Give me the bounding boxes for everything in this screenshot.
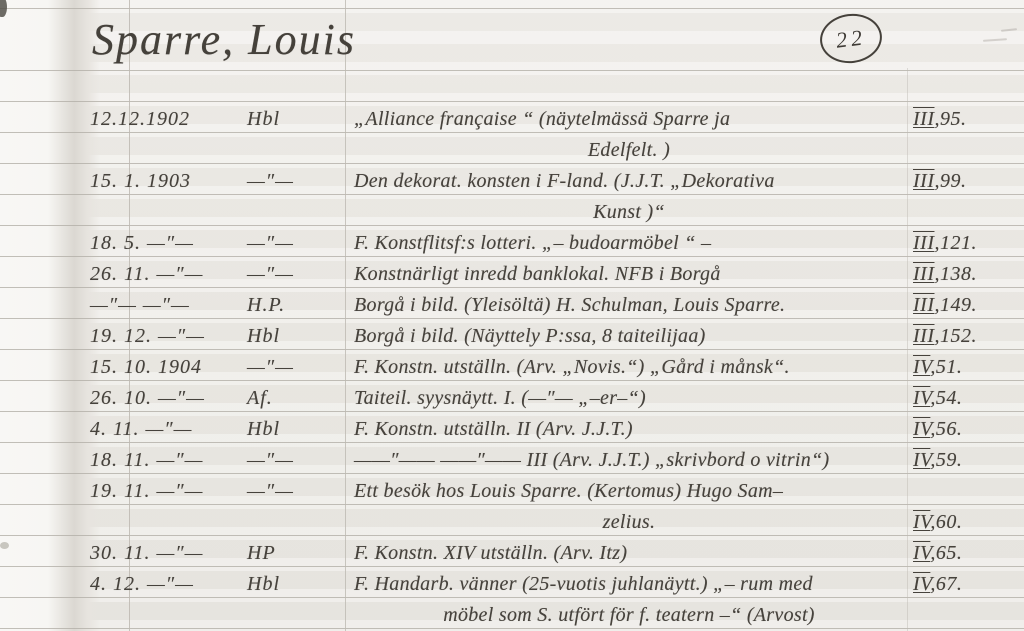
source-cell: —″— bbox=[247, 478, 343, 505]
scanned-index-card: Sparre, Louis 22 12.12.1902Hbl„Alliance … bbox=[0, 0, 1024, 631]
source-cell: —″— bbox=[247, 168, 343, 195]
date-cell: 15. 1. 1903 bbox=[90, 168, 242, 195]
source-cell: Hbl bbox=[247, 106, 343, 133]
description-text: Den dekorat. konsten i F-land. (J.J.T. „… bbox=[354, 168, 904, 195]
reference-number: III,149. bbox=[913, 292, 1021, 319]
entry-line: möbel som S. utfört för f. teatern –“ (A… bbox=[0, 602, 1024, 629]
description-text: F. Konstn. utställn. (Arv. „Novis.“) „Gå… bbox=[354, 354, 904, 381]
reference-number: IV,65. bbox=[913, 540, 1021, 567]
description-text: Konstnärligt inredd banklokal. NFB i Bor… bbox=[354, 261, 904, 288]
entry-line: 19. 11. —″——″—Ett besök hos Louis Sparre… bbox=[0, 478, 1024, 505]
reference-roman-numeral: III bbox=[913, 294, 934, 316]
source-cell: Hbl bbox=[247, 571, 343, 598]
reference-number: III,95. bbox=[913, 106, 1021, 133]
entry-line: 30. 11. —″—HPF. Konstn. XIV utställn. (A… bbox=[0, 540, 1024, 567]
source-cell: H.P. bbox=[247, 292, 343, 319]
reference-roman-numeral: III bbox=[913, 232, 934, 254]
date-cell: 19. 11. —″— bbox=[90, 478, 242, 505]
description-text: Borgå i bild. (Näyttely P:ssa, 8 taiteil… bbox=[354, 323, 904, 350]
date-cell: 26. 11. —″— bbox=[90, 261, 242, 288]
date-cell: 4. 11. —″— bbox=[90, 416, 242, 443]
date-cell: 26. 10. —″— bbox=[90, 385, 242, 412]
page-title: Sparre, Louis bbox=[92, 14, 356, 65]
pencil-smudge bbox=[983, 38, 1007, 42]
date-cell: 18. 11. —″— bbox=[90, 447, 242, 474]
source-cell: Af. bbox=[247, 385, 343, 412]
date-cell: 30. 11. —″— bbox=[90, 540, 242, 567]
entry-line: 18. 5. —″——″—F. Konstflitsf:s lotteri. „… bbox=[0, 230, 1024, 257]
source-cell: Hbl bbox=[247, 323, 343, 350]
reference-roman-numeral: IV bbox=[913, 387, 930, 409]
source-cell: —″— bbox=[247, 230, 343, 257]
date-cell: 12.12.1902 bbox=[90, 106, 242, 133]
entry-line: Edelfelt. ) bbox=[0, 137, 1024, 164]
entry-line: 19. 12. —″—HblBorgå i bild. (Näyttely P:… bbox=[0, 323, 1024, 350]
description-text: Taiteil. syysnäytt. I. (—″— „–er–“) bbox=[354, 385, 904, 412]
reference-number: IV,56. bbox=[913, 416, 1021, 443]
reference-roman-numeral: III bbox=[913, 325, 934, 347]
entry-line: zelius.IV,60. bbox=[0, 509, 1024, 536]
entry-line: 26. 11. —″——″—Konstnärligt inredd banklo… bbox=[0, 261, 1024, 288]
description-text: F. Konstflitsf:s lotteri. „– budoarmöbel… bbox=[354, 230, 904, 257]
source-cell: HP bbox=[247, 540, 343, 567]
reference-number: III,138. bbox=[913, 261, 1021, 288]
entry-line: 15. 1. 1903—″—Den dekorat. konsten i F-l… bbox=[0, 168, 1024, 195]
ruled-line bbox=[0, 8, 1024, 9]
entry-line: 15. 10. 1904—″—F. Konstn. utställn. (Arv… bbox=[0, 354, 1024, 381]
reference-roman-numeral: IV bbox=[913, 511, 930, 533]
reference-number: III,152. bbox=[913, 323, 1021, 350]
entry-line: 18. 11. —″——″———″—— ——″—— III (Arv. J.J.… bbox=[0, 447, 1024, 474]
reference-roman-numeral: III bbox=[913, 170, 934, 192]
reference-roman-numeral: IV bbox=[913, 573, 930, 595]
description-text: Kunst )“ bbox=[354, 199, 904, 226]
reference-number: IV,67. bbox=[913, 571, 1021, 598]
date-cell: 19. 12. —″— bbox=[90, 323, 242, 350]
page-number: 22 bbox=[835, 24, 868, 53]
date-cell: 15. 10. 1904 bbox=[90, 354, 242, 381]
description-text: F. Konstn. utställn. II (Arv. J.J.T.) bbox=[354, 416, 904, 443]
source-cell: —″— bbox=[247, 354, 343, 381]
reference-roman-numeral: IV bbox=[913, 542, 930, 564]
date-cell: —″— —″— bbox=[90, 292, 242, 319]
source-cell: Hbl bbox=[247, 416, 343, 443]
reference-roman-numeral: IV bbox=[913, 418, 930, 440]
entry-line: 12.12.1902Hbl„Alliance française “ (näyt… bbox=[0, 106, 1024, 133]
description-text: F. Konstn. XIV utställn. (Arv. Itz) bbox=[354, 540, 904, 567]
ruled-line bbox=[0, 101, 1024, 102]
reference-roman-numeral: IV bbox=[913, 449, 930, 471]
reference-number: IV,51. bbox=[913, 354, 1021, 381]
reference-number: IV,54. bbox=[913, 385, 1021, 412]
pencil-smudge bbox=[1001, 28, 1017, 32]
source-cell: —″— bbox=[247, 261, 343, 288]
description-text: zelius. bbox=[354, 509, 904, 536]
date-cell: 4. 12. —″— bbox=[90, 571, 242, 598]
description-text: Edelfelt. ) bbox=[354, 137, 904, 164]
entry-line: 4. 12. —″—HblF. Handarb. vänner (25-vuot… bbox=[0, 571, 1024, 598]
description-text: F. Handarb. vänner (25-vuotis juhlanäytt… bbox=[354, 571, 904, 598]
entry-line: 26. 10. —″—Af.Taiteil. syysnäytt. I. (—″… bbox=[0, 385, 1024, 412]
reference-number: IV,59. bbox=[913, 447, 1021, 474]
date-cell: 18. 5. —″— bbox=[90, 230, 242, 257]
reference-number: III,99. bbox=[913, 168, 1021, 195]
scan-corner-mark bbox=[0, 0, 7, 17]
reference-number: IV,60. bbox=[913, 509, 1021, 536]
reference-number: III,121. bbox=[913, 230, 1021, 257]
description-text: möbel som S. utfört för f. teatern –“ (A… bbox=[354, 602, 904, 629]
entry-line: Kunst )“ bbox=[0, 199, 1024, 226]
source-cell: —″— bbox=[247, 447, 343, 474]
entry-line: —″— —″—H.P.Borgå i bild. (Yleisöltä) H. … bbox=[0, 292, 1024, 319]
reference-roman-numeral: III bbox=[913, 263, 934, 285]
page-number-badge: 22 bbox=[817, 10, 885, 66]
reference-roman-numeral: III bbox=[913, 108, 934, 130]
description-text: ——″—— ——″—— III (Arv. J.J.T.) „skrivbord… bbox=[354, 447, 904, 474]
description-text: Borgå i bild. (Yleisöltä) H. Schulman, L… bbox=[354, 292, 904, 319]
reference-roman-numeral: IV bbox=[913, 356, 930, 378]
description-text: „Alliance française “ (näytelmässä Sparr… bbox=[354, 106, 904, 133]
description-text: Ett besök hos Louis Sparre. (Kertomus) H… bbox=[354, 478, 904, 505]
entry-line: 4. 11. —″—HblF. Konstn. utställn. II (Ar… bbox=[0, 416, 1024, 443]
ruled-line bbox=[0, 70, 1024, 71]
